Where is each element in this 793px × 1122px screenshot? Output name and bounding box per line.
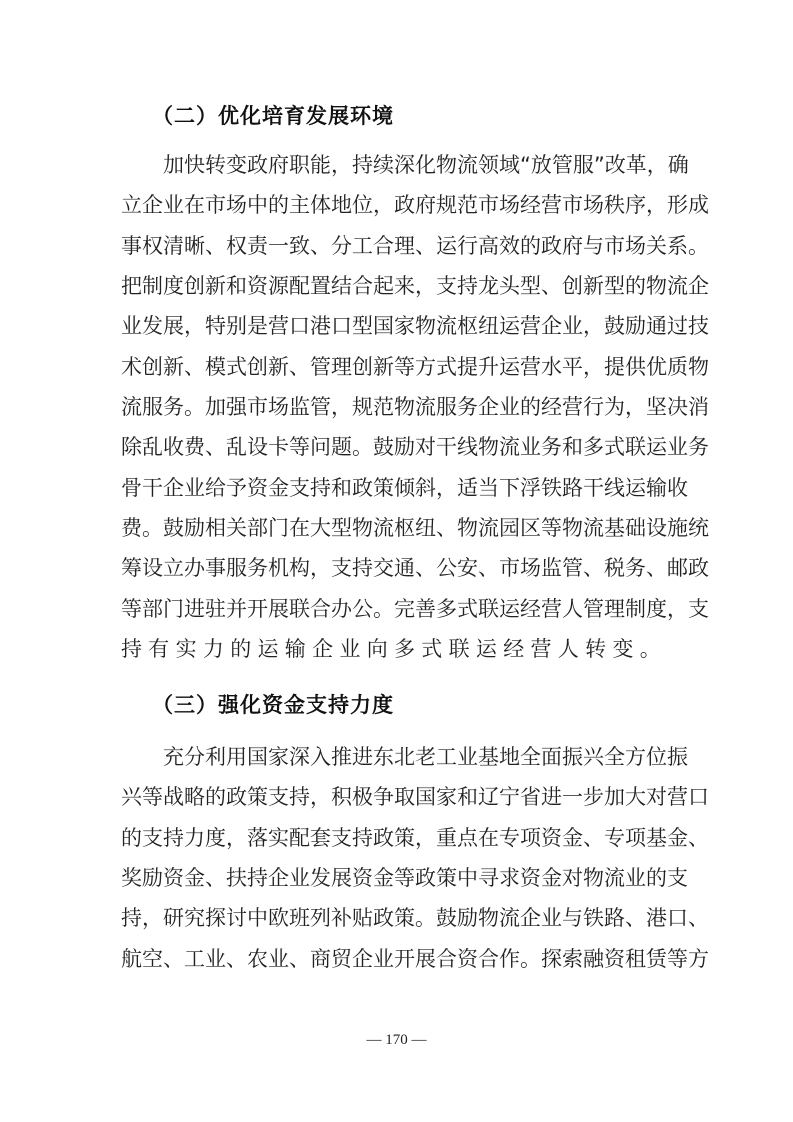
paragraph-line: 流服务。加强市场监管，规范物流服务企业的经营行为，坚决消: [121, 392, 674, 422]
paragraph-line: 骨干企业给予资金支持和政策倾斜，适当下浮铁路干线运输收: [121, 473, 674, 503]
paragraph-line: 等部门进驻并开展联合办公。完善多式联运经营人管理制度，支: [121, 594, 674, 624]
paragraph-line: 事权清晰、权责一致、分工合理、运行高效的政府与市场关系。: [121, 231, 674, 261]
paragraph-line: 奖励资金、扶持企业发展资金等政策中寻求资金对物流业的支: [121, 863, 674, 893]
section-heading-2: （二）优化培育发展环境: [152, 101, 394, 131]
paragraph-line: 术创新、模式创新、管理创新等方式提升运营水平，提供优质物: [121, 352, 674, 382]
paragraph-line: 航空、工业、农业、商贸企业开展合资合作。探索融资租赁等方: [121, 944, 674, 974]
page-number: — 170 —: [0, 1032, 793, 1049]
paragraph-line: 费。鼓励相关部门在大型物流枢纽、物流园区等物流基础设施统: [121, 513, 674, 543]
document-page: （二）优化培育发展环境 加快转变政府职能，持续深化物流领域“放管服”改革，确 立…: [0, 0, 793, 1122]
section-heading-3: （三）强化资金支持力度: [152, 690, 394, 720]
paragraph-line: 充分利用国家深入推进东北老工业基地全面振兴全方位振: [163, 742, 674, 772]
paragraph-line: 筹设立办事服务机构，支持交通、公安、市场监管、税务、邮政: [121, 553, 674, 583]
paragraph-line: 兴等战略的政策支持，积极争取国家和辽宁省进一步加大对营口: [121, 782, 674, 812]
paragraph-line: 的支持力度，落实配套支持政策，重点在专项资金、专项基金、: [121, 823, 674, 853]
paragraph-line: 除乱收费、乱设卡等问题。鼓励对干线物流业务和多式联运业务: [121, 432, 674, 462]
paragraph-line: 加快转变政府职能，持续深化物流领域“放管服”改革，确: [163, 150, 674, 180]
paragraph-line: 业发展，特别是营口港口型国家物流枢纽运营企业，鼓励通过技: [121, 311, 674, 341]
paragraph-line: 持有实力的运输企业向多式联运经营人转变。: [121, 634, 674, 664]
paragraph-line: 立企业在市场中的主体地位，政府规范市场经营市场秩序，形成: [121, 190, 674, 220]
paragraph-line: 持，研究探讨中欧班列补贴政策。鼓励物流企业与铁路、港口、: [121, 903, 674, 933]
paragraph-line: 把制度创新和资源配置结合起来，支持龙头型、创新型的物流企: [121, 271, 674, 301]
